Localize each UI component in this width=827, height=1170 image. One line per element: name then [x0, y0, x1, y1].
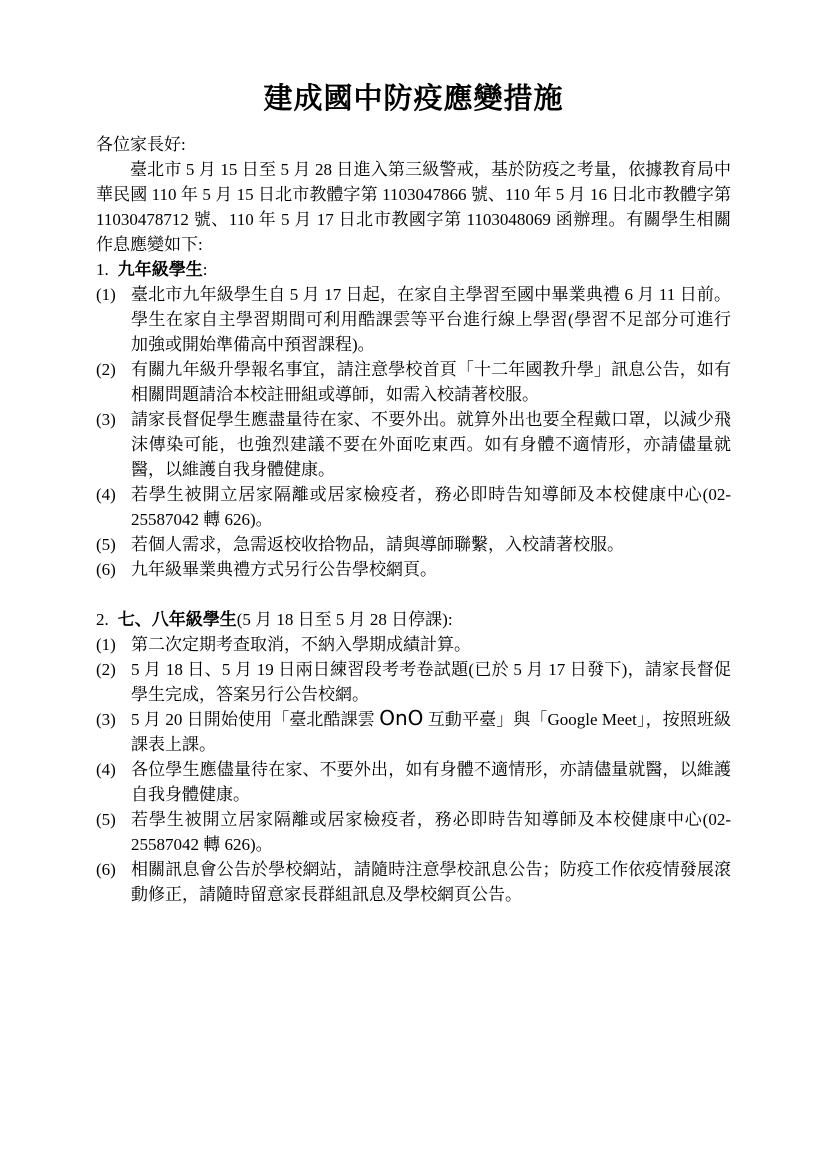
- item-number: (5): [96, 532, 116, 557]
- item-text: 請家長督促學生應盡量待在家、不要外出。就算外出也要全程戴口罩，以減少飛沫傳染可能…: [131, 410, 731, 479]
- document-title: 建成國中防疫應變措施: [96, 80, 731, 118]
- list-item: (3) 5 月 20 日開始使用「臺北酷課雲 OnO 互動平臺」與「Google…: [96, 707, 731, 757]
- list-item: (2) 有關九年級升學報名事宜，請注意學校首頁「十二年國教升學」訊息公告，如有相…: [96, 357, 731, 407]
- section-heading-bold: 九年級學生: [118, 260, 203, 279]
- section-heading: 2.七、八年級學生(5 月 18 日至 5 月 28 日停課):: [96, 607, 731, 632]
- section-heading-rest: :: [203, 260, 208, 279]
- intro-paragraph: 臺北市 5 月 15 日至 5 月 28 日進入第三級警戒，基於防疫之考量，依據…: [96, 157, 731, 257]
- item-number: (3): [96, 707, 116, 732]
- item-text: 相關訊息會公告於學校網站，請隨時注意學校訊息公告；防疫工作依疫情發展滾動修正，請…: [131, 860, 731, 904]
- ono-platform-logo: OnO: [379, 706, 423, 730]
- section-heading: 1.九年級學生:: [96, 257, 731, 282]
- section-heading-bold: 七、八年級學生: [118, 610, 237, 629]
- document-page: 建成國中防疫應變措施 各位家長好: 臺北市 5 月 15 日至 5 月 28 日…: [0, 0, 827, 1170]
- item-number: (4): [96, 482, 116, 507]
- section-grade7-8: 2.七、八年級學生(5 月 18 日至 5 月 28 日停課): (1) 第二次…: [96, 607, 731, 907]
- item-text: 各位學生應儘量待在家、不要外出，如有身體不適情形，亦請儘量就醫，以維護自我身體健…: [131, 760, 731, 804]
- greeting-line: 各位家長好:: [96, 132, 731, 157]
- item-number: (4): [96, 757, 116, 782]
- item-number: (6): [96, 857, 116, 882]
- item-number: (3): [96, 407, 116, 432]
- item-number: (2): [96, 657, 116, 682]
- item-number: (1): [96, 632, 116, 657]
- item-text: 若學生被開立居家隔離或居家檢疫者，務必即時告知導師及本校健康中心(02-2558…: [131, 810, 731, 854]
- item-text: 若學生被開立居家隔離或居家檢疫者，務必即時告知導師及本校健康中心(02-2558…: [131, 485, 731, 529]
- item-text: 第二次定期考查取消，不納入學期成績計算。: [131, 635, 471, 654]
- item-text: 若個人需求，急需返校收拾物品，請與導師聯繫，入校請著校服。: [131, 535, 624, 554]
- list-item: (2) 5 月 18 日、5 月 19 日兩日練習段考考卷試題(已於 5 月 1…: [96, 657, 731, 707]
- list-item: (6) 相關訊息會公告於學校網站，請隨時注意學校訊息公告；防疫工作依疫情發展滾動…: [96, 857, 731, 907]
- item-text: 有關九年級升學報名事宜，請注意學校首頁「十二年國教升學」訊息公告，如有相關問題請…: [131, 360, 731, 404]
- list-item: (1) 臺北市九年級學生自 5 月 17 日起，在家自主學習至國中畢業典禮 6 …: [96, 282, 731, 357]
- list-item: (4) 各位學生應儘量待在家、不要外出，如有身體不適情形，亦請儘量就醫，以維護自…: [96, 757, 731, 807]
- item-number: (6): [96, 557, 116, 582]
- section-heading-rest: (5 月 18 日至 5 月 28 日停課):: [237, 610, 453, 629]
- item-text: 5 月 20 日開始使用「臺北酷課雲: [131, 710, 379, 729]
- item-number: (2): [96, 357, 116, 382]
- list-item: (6) 九年級畢業典禮方式另行公告學校網頁。: [96, 557, 731, 582]
- section-number: 2.: [96, 607, 109, 632]
- item-text: 5 月 18 日、5 月 19 日兩日練習段考考卷試題(已於 5 月 17 日發…: [131, 660, 731, 704]
- list-item: (5) 若個人需求，急需返校收拾物品，請與導師聯繫，入校請著校服。: [96, 532, 731, 557]
- section-number: 1.: [96, 257, 109, 282]
- section-grade9: 1.九年級學生: (1) 臺北市九年級學生自 5 月 17 日起，在家自主學習至…: [96, 257, 731, 582]
- item-number: (5): [96, 807, 116, 832]
- list-item: (4) 若學生被開立居家隔離或居家檢疫者，務必即時告知導師及本校健康中心(02-…: [96, 482, 731, 532]
- item-text: 臺北市九年級學生自 5 月 17 日起，在家自主學習至國中畢業典禮 6 月 11…: [131, 285, 731, 354]
- list-item: (1) 第二次定期考查取消，不納入學期成績計算。: [96, 632, 731, 657]
- item-number: (1): [96, 282, 116, 307]
- list-item: (3) 請家長督促學生應盡量待在家、不要外出。就算外出也要全程戴口罩，以減少飛沫…: [96, 407, 731, 482]
- item-text: 九年級畢業典禮方式另行公告學校網頁。: [131, 560, 437, 579]
- list-item: (5) 若學生被開立居家隔離或居家檢疫者，務必即時告知導師及本校健康中心(02-…: [96, 807, 731, 857]
